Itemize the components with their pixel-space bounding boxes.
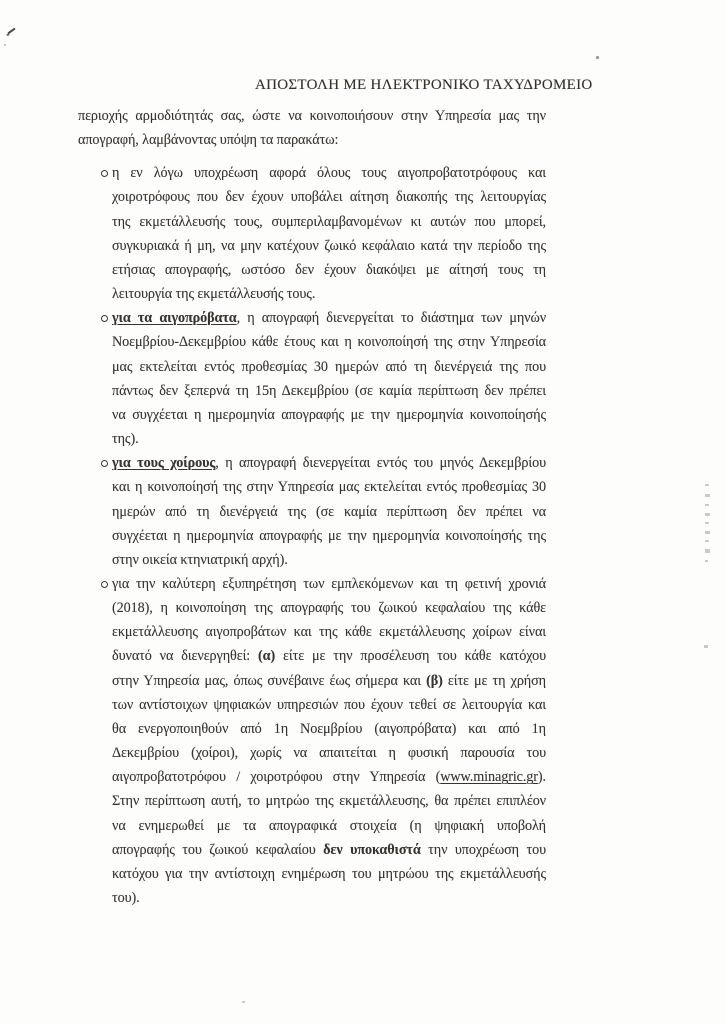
emphasis-text: δεν υποκαθιστά — [323, 842, 421, 858]
bullet-text-line: αιγοπροβατοτρόφου / χοιροτρόφου στην Υπη… — [112, 765, 546, 789]
text-segment: μας εκτελείται εντός προθεσμίας 30 ημερώ… — [112, 359, 546, 375]
bullet-text-line: της). — [112, 427, 546, 451]
text-segment: ημερών από τη διενέργειά της (σε καμία π… — [112, 504, 546, 520]
bullet-text-line: ημερών από τη διενέργειά της (σε καμία π… — [112, 500, 546, 524]
bullet-list: η εν λόγω υποχρέωση αφορά όλους τους αιγ… — [78, 161, 546, 910]
text-segment: απογραφή, λαμβάνοντας υπόψη τα παρακάτω: — [78, 132, 338, 148]
text-segment: η εν λόγω υποχρέωση αφορά όλους τους αιγ… — [112, 165, 546, 181]
text-segment: είτε με την προσέλευση του κάθε κατόχου — [275, 648, 546, 664]
margin-dash-artifact — [705, 540, 709, 542]
bullet-item-4: για την καλύτερη εξυπηρέτηση των εμπλεκό… — [78, 572, 546, 910]
bullet-text-line: η εν λόγω υποχρέωση αφορά όλους τους αιγ… — [112, 161, 546, 185]
intro-line: περιοχής αρμοδιότητάς σας, ώστε να κοινο… — [78, 104, 546, 128]
bullet-item-2: για τα αιγοπρόβατα, η απογραφή διενεργεί… — [78, 306, 546, 451]
text-segment: λειτουργία της εκμετάλλευσής τους. — [112, 286, 315, 302]
bullet-text-line: πάντως δεν ξεπερνά τη 15η Δεκεμβρίου (σε… — [112, 379, 546, 403]
text-segment: , η απογραφή διενεργείται το διάστημα τω… — [237, 310, 546, 326]
emphasis-text: (α) — [258, 648, 275, 664]
bullet-circle-icon — [101, 170, 108, 177]
text-segment: να συγχέεται η ημερομηνία απογραφής με τ… — [112, 407, 546, 423]
text-segment: να ενημερωθεί με τα απογραφικά στοιχεία … — [112, 818, 546, 834]
bullet-text-line: συγκυριακά ή μη, να μην κατέχουν ζωικό κ… — [112, 234, 546, 258]
minagric-url: www.minagric.gr — [440, 769, 538, 785]
bullet-item-3: για τους χοίρους, η απογραφή διενεργείτα… — [78, 451, 546, 572]
text-segment: της εκμετάλλευσής τους, συμπεριλαμβανομέ… — [112, 214, 546, 230]
bullet-text-line: στην οικεία κτηνιατρική αρχή). — [112, 548, 546, 572]
document-body: περιοχής αρμοδιότητάς σας, ώστε να κοινο… — [78, 104, 546, 910]
margin-dash-artifact — [705, 504, 709, 506]
bullet-text-line: να ενημερωθεί με τα απογραφικά στοιχεία … — [112, 814, 546, 838]
emphasis-text: για τους χοίρους — [112, 455, 215, 471]
bullet-text-line: απογραφής του ζωικού κεφαλαίου δεν υποκα… — [112, 838, 546, 862]
bullet-text-line: Νοεμβρίου-Δεκεμβρίου κάθε έτους και η κο… — [112, 330, 546, 354]
bullet-text-line: στην Υπηρεσία μας, όπως συνέβαινε έως σή… — [112, 669, 546, 693]
bullet-text-line: δυνατό να διενεργηθεί: (α) είτε με την π… — [112, 644, 546, 668]
text-segment: συγκυριακά ή μη, να μην κατέχουν ζωικό κ… — [112, 238, 546, 254]
bullet-text-line: για τα αιγοπρόβατα, η απογραφή διενεργεί… — [112, 306, 546, 330]
text-segment: συγχέεται η ημερομηνία απογραφής με την … — [112, 528, 546, 544]
scan-speck — [242, 1001, 245, 1003]
text-segment: και η κοινοποίησή της στην Υπηρεσία μας … — [112, 479, 546, 495]
bullet-text-line: για τους χοίρους, η απογραφή διενεργείτα… — [112, 451, 546, 475]
bullet-circle-icon — [101, 315, 108, 322]
text-segment: Στην περίπτωση αυτή, το μητρώο της εκμετ… — [112, 793, 546, 809]
text-segment: κατόχου για την αντίστοιχη ενημέρωση του… — [112, 866, 546, 882]
text-segment: εκμετάλλευσης αιγοπροβάτων και της κάθε … — [112, 624, 546, 640]
margin-dash-artifact — [705, 494, 710, 497]
bullet-text-line: Στην περίπτωση αυτή, το μητρώο της εκμετ… — [112, 789, 546, 813]
text-segment: δυνατό να διενεργηθεί: — [112, 648, 258, 664]
margin-dash-artifact — [705, 484, 709, 486]
text-segment: του). — [112, 890, 140, 906]
bullet-text-line: της εκμετάλλευσής τους, συμπεριλαμβανομέ… — [112, 210, 546, 234]
bullet-text-line: κατόχου για την αντίστοιχη ενημέρωση του… — [112, 862, 546, 886]
bullet-text-line: και η κοινοποίησή της στην Υπηρεσία μας … — [112, 475, 546, 499]
scan-speck — [4, 44, 6, 46]
bullet-text-line: συγχέεται η ημερομηνία απογραφής με την … — [112, 524, 546, 548]
text-segment: , η απογραφή διενεργείται εντός του μηνό… — [215, 455, 546, 471]
text-segment: χοιροτρόφους που δεν έχουν υποβάλει αίτη… — [112, 189, 546, 205]
scanned-document-page: ΑΠΟΣΤΟΛΗ ΜΕ ΗΛΕΚΤΡΟΝΙΚΟ ΤΑΧΥΔΡΟΜΕΙΟ περι… — [0, 0, 725, 1024]
bullet-text-line: Δεκεμβρίου (χοίροι), χωρίς να απαιτείται… — [112, 741, 546, 765]
text-segment: για την καλύτερη εξυπηρέτηση των εμπλεκό… — [112, 576, 546, 592]
bullet-text-line: για την καλύτερη εξυπηρέτηση των εμπλεκό… — [112, 572, 546, 596]
text-segment: πάντως δεν ξεπερνά τη 15η Δεκεμβρίου (σε… — [112, 383, 546, 399]
text-segment: την υποχρέωση του — [421, 842, 546, 858]
text-segment: απογραφής του ζωικού κεφαλαίου — [112, 842, 323, 858]
bullet-item-1: η εν λόγω υποχρέωση αφορά όλους τους αιγ… — [78, 161, 546, 306]
bullet-text-line: του). — [112, 886, 546, 910]
bullet-text-line: να συγχέεται η ημερομηνία απογραφής με τ… — [112, 403, 546, 427]
bullet-text-line: εκμετάλλευσης αιγοπροβάτων και της κάθε … — [112, 620, 546, 644]
text-segment: της). — [112, 431, 139, 447]
bullet-text-line: ετήσιας απογραφής, ωστόσο δεν έχουν διακ… — [112, 258, 546, 282]
text-segment: των αντίστοιχων ψηφιακών υπηρεσιών που έ… — [112, 697, 546, 713]
pen-mark — [7, 28, 16, 35]
margin-dash-artifact — [705, 549, 710, 553]
intro-line: απογραφή, λαμβάνοντας υπόψη τα παρακάτω: — [78, 128, 546, 152]
bullet-text-line: μας εκτελείται εντός προθεσμίας 30 ημερώ… — [112, 355, 546, 379]
emphasis-text: (β) — [426, 673, 443, 689]
scan-speck — [596, 56, 599, 59]
text-segment: περιοχής αρμοδιότητάς σας, ώστε να κοινο… — [78, 108, 546, 124]
emphasis-text: για τα αιγοπρόβατα — [112, 310, 237, 326]
text-segment: είτε με τη χρήση — [443, 673, 546, 689]
margin-dash-artifact — [705, 560, 708, 562]
bullet-circle-icon — [101, 581, 108, 588]
text-segment: (2018), η κοινοποίηση της απογραφής του … — [112, 600, 546, 616]
intro-paragraph: περιοχής αρμοδιότητάς σας, ώστε να κοινο… — [78, 104, 546, 152]
bullet-circle-icon — [101, 460, 108, 467]
document-header-title: ΑΠΟΣΤΟΛΗ ΜΕ ΗΛΕΚΤΡΟΝΙΚΟ ΤΑΧΥΔΡΟΜΕΙΟ — [255, 77, 593, 94]
text-segment: στην οικεία κτηνιατρική αρχή). — [112, 552, 288, 568]
text-segment: θα ενεργοποιηθούν από 1η Νοεμβρίου (αιγο… — [112, 721, 546, 737]
margin-dash-artifact — [704, 645, 708, 648]
text-segment: ). — [538, 769, 546, 785]
bullet-text-line: των αντίστοιχων ψηφιακών υπηρεσιών που έ… — [112, 693, 546, 717]
bullet-text-line: (2018), η κοινοποίηση της απογραφής του … — [112, 596, 546, 620]
text-segment: Δεκεμβρίου (χοίροι), χωρίς να απαιτείται… — [112, 745, 546, 761]
text-segment: Νοεμβρίου-Δεκεμβρίου κάθε έτους και η κο… — [112, 334, 546, 350]
bullet-text-line: θα ενεργοποιηθούν από 1η Νοεμβρίου (αιγο… — [112, 717, 546, 741]
text-segment: στην Υπηρεσία μας, όπως συνέβαινε έως σή… — [112, 673, 426, 689]
text-segment: αιγοπροβατοτρόφου / χοιροτρόφου στην Υπη… — [112, 769, 440, 785]
bullet-text-line: χοιροτρόφους που δεν έχουν υποβάλει αίτη… — [112, 185, 546, 209]
text-segment: ετήσιας απογραφής, ωστόσο δεν έχουν διακ… — [112, 262, 546, 278]
margin-dash-artifact — [705, 522, 709, 524]
margin-dash-artifact — [705, 513, 710, 516]
margin-dash-artifact — [705, 531, 710, 534]
bullet-text-line: λειτουργία της εκμετάλλευσής τους. — [112, 282, 546, 306]
